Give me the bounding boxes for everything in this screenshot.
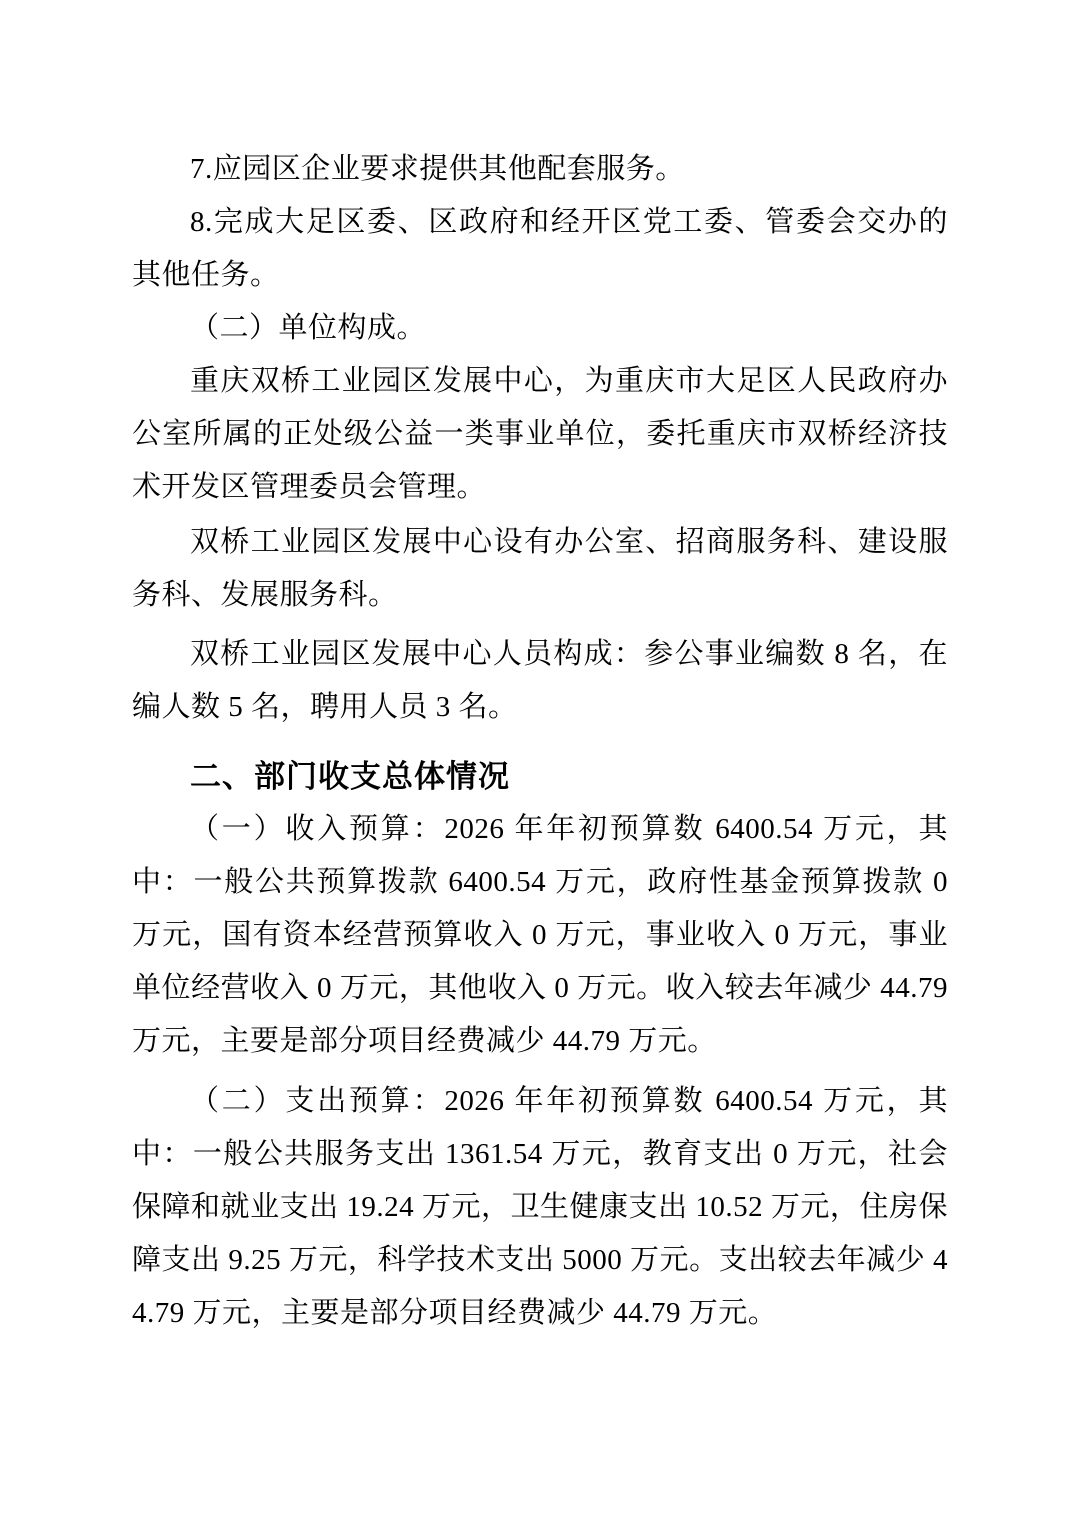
paragraph-unit-departments: 双桥工业园区发展中心设有办公室、招商服务科、建设服务科、发展服务科。 bbox=[132, 516, 948, 622]
paragraph-duty-7: 7.应园区企业要求提供其他配套服务。 bbox=[132, 143, 948, 196]
paragraph-expenditure-budget: （二）支出预算：2026 年年初预算数 6400.54 万元，其中：一般公共服务… bbox=[132, 1075, 948, 1340]
section-heading-budget-overview: 二、部门收支总体情况 bbox=[132, 750, 948, 803]
paragraph-income-budget: （一）收入预算：2026 年年初预算数 6400.54 万元，其中：一般公共预算… bbox=[132, 803, 948, 1068]
paragraph-unit-staffing: 双桥工业园区发展中心人员构成：参公事业编数 8 名，在编人数 5 名，聘用人员 … bbox=[132, 628, 948, 734]
paragraph-unit-description: 重庆双桥工业园区发展中心，为重庆市大足区人民政府办公室所属的正处级公益一类事业单… bbox=[132, 355, 948, 514]
paragraph-duty-8: 8.完成大足区委、区政府和经开区党工委、管委会交办的其他任务。 bbox=[132, 196, 948, 302]
paragraph-unit-composition-title: （二）单位构成。 bbox=[132, 302, 948, 355]
document-page: 7.应园区企业要求提供其他配套服务。 8.完成大足区委、区政府和经开区党工委、管… bbox=[0, 0, 1074, 1520]
